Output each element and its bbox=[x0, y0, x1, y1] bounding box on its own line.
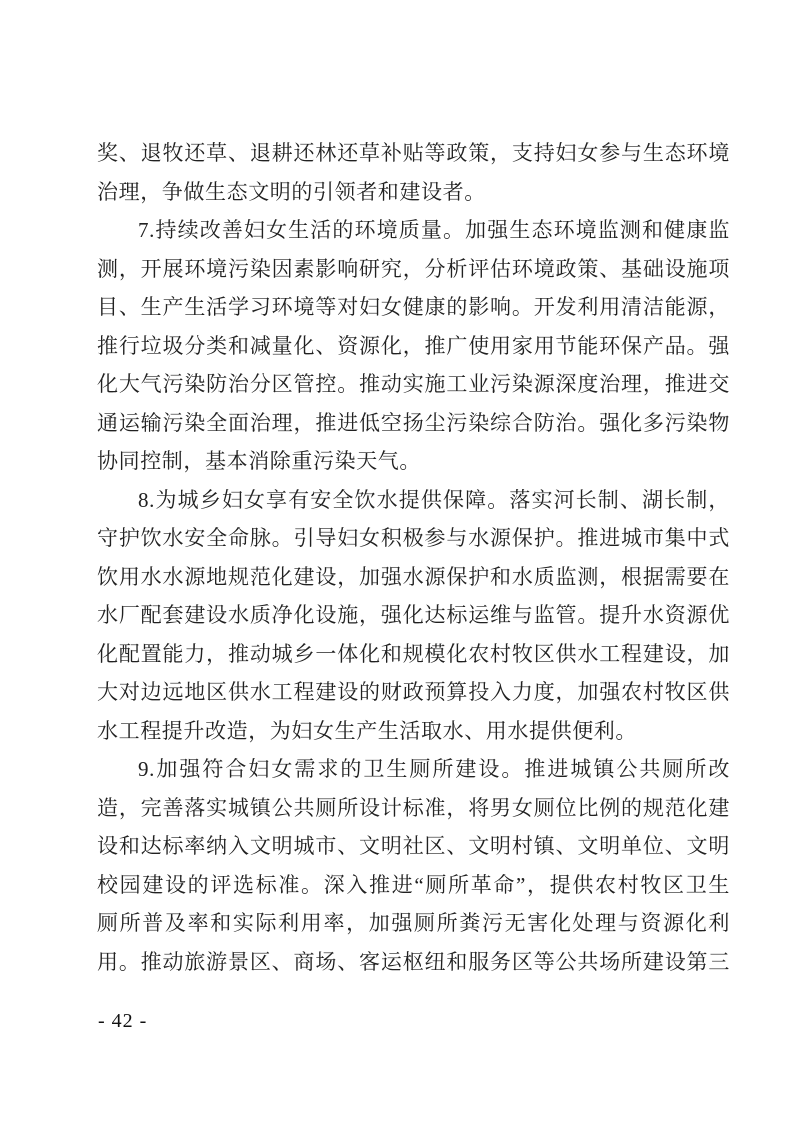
text-line: 通运输污染全面治理，推进低空扬尘污染综合防治。强化多污染物 bbox=[97, 404, 730, 443]
paragraph: 7.持续改善妇女生活的环境质量。加强生态环境监测和健康监测，开展环境污染因素影响… bbox=[97, 211, 730, 481]
text-line: 9.加强符合妇女需求的卫生厕所建设。推进城镇公共厕所改 bbox=[97, 750, 730, 789]
text-line: 化配置能力，推动城乡一体化和规模化农村牧区供水工程建设，加 bbox=[97, 635, 730, 674]
text-line: 8.为城乡妇女享有安全饮水提供保障。落实河长制、湖长制， bbox=[97, 481, 730, 520]
text-line: 推行垃圾分类和减量化、资源化，推广使用家用节能环保产品。强 bbox=[97, 327, 730, 366]
text-line: 水厂配套建设水质净化设施，强化达标运维与监管。提升水资源优 bbox=[97, 596, 730, 635]
paragraph: 8.为城乡妇女享有安全饮水提供保障。落实河长制、湖长制，守护饮水安全命脉。引导妇… bbox=[97, 481, 730, 751]
text-line: 饮用水水源地规范化建设，加强水源保护和水质监测，根据需要在 bbox=[97, 558, 730, 597]
document-body: 奖、退牧还草、退耕还林还草补贴等政策，支持妇女参与生态环境治理，争做生态文明的引… bbox=[97, 134, 730, 981]
text-line: 用。推动旅游景区、商场、客运枢纽和服务区等公共场所建设第三 bbox=[97, 943, 730, 982]
page-number: - 42 - bbox=[98, 1008, 147, 1034]
text-line: 造，完善落实城镇公共厕所设计标准，将男女厕位比例的规范化建 bbox=[97, 789, 730, 828]
text-line: 设和达标率纳入文明城市、文明社区、文明村镇、文明单位、文明 bbox=[97, 827, 730, 866]
text-line: 水工程提升改造，为妇女生产生活取水、用水提供便利。 bbox=[97, 712, 730, 751]
text-line: 协同控制，基本消除重污染天气。 bbox=[97, 442, 730, 481]
text-line: 7.持续改善妇女生活的环境质量。加强生态环境监测和健康监 bbox=[97, 211, 730, 250]
document-page: 奖、退牧还草、退耕还林还草补贴等政策，支持妇女参与生态环境治理，争做生态文明的引… bbox=[0, 0, 794, 1122]
paragraph: 9.加强符合妇女需求的卫生厕所建设。推进城镇公共厕所改造，完善落实城镇公共厕所设… bbox=[97, 750, 730, 981]
text-line: 奖、退牧还草、退耕还林还草补贴等政策，支持妇女参与生态环境 bbox=[97, 134, 730, 173]
paragraph: 奖、退牧还草、退耕还林还草补贴等政策，支持妇女参与生态环境治理，争做生态文明的引… bbox=[97, 134, 730, 211]
text-line: 化大气污染防治分区管控。推动实施工业污染源深度治理，推进交 bbox=[97, 365, 730, 404]
text-line: 大对边远地区供水工程建设的财政预算投入力度，加强农村牧区供 bbox=[97, 673, 730, 712]
text-line: 校园建设的评选标准。深入推进“厕所革命”，提供农村牧区卫生 bbox=[97, 866, 730, 905]
text-line: 厕所普及率和实际利用率，加强厕所粪污无害化处理与资源化利 bbox=[97, 904, 730, 943]
text-line: 守护饮水安全命脉。引导妇女积极参与水源保护。推进城市集中式 bbox=[97, 519, 730, 558]
text-line: 目、生产生活学习环境等对妇女健康的影响。开发利用清洁能源， bbox=[97, 288, 730, 327]
text-line: 治理，争做生态文明的引领者和建设者。 bbox=[97, 173, 730, 212]
text-line: 测，开展环境污染因素影响研究，分析评估环境政策、基础设施项 bbox=[97, 250, 730, 289]
